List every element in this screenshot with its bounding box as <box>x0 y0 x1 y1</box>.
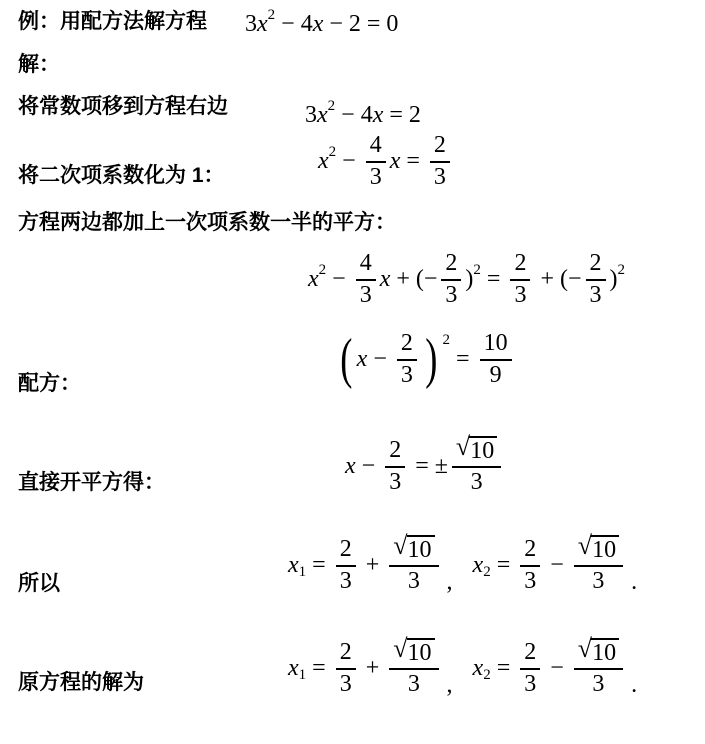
math-text: 2 <box>340 536 352 562</box>
fraction-numerator: 2 <box>336 536 356 566</box>
radicand: 10 <box>591 638 619 666</box>
math-variable: x <box>390 148 401 174</box>
math-text: 10 <box>592 640 616 666</box>
label-solve: 解： <box>18 52 60 78</box>
equation-squared: (x − 23)2 = 109 <box>337 330 516 388</box>
math-fraction: √103 <box>452 436 501 496</box>
equation-roots-1: x1 = 23 + √103, x2 = 23 − √103. <box>288 536 651 594</box>
radicand: 10 <box>591 535 619 563</box>
math-fraction: 23 <box>385 437 405 495</box>
math-fraction: 23 <box>520 639 540 697</box>
math-text: 3 <box>370 164 382 190</box>
fraction-numerator: 2 <box>441 250 461 280</box>
math-text: ) <box>610 266 618 292</box>
math-text: 10 <box>592 537 616 563</box>
math-punctuation: , <box>447 672 453 698</box>
equation-added: x2 − 43x + (−23)2 = 23 + (−23)2 <box>308 253 625 305</box>
math-text: − <box>367 346 393 372</box>
math-text: − 2 = 0 <box>323 11 398 37</box>
math-variable: x <box>317 102 328 128</box>
equation-sqrted: x − 23 = ±√103 <box>345 437 505 495</box>
fraction-numerator: 4 <box>356 250 376 280</box>
math-text: 4 <box>360 250 372 276</box>
math-text: 10 <box>408 640 432 666</box>
math-text: 3 <box>471 469 483 495</box>
math-variable: x <box>373 102 384 128</box>
math-subscript: 1 <box>299 667 307 684</box>
math-text: 2 <box>514 250 526 276</box>
fraction-denominator: 3 <box>340 567 352 594</box>
math-text: 3 <box>592 568 604 594</box>
math-fraction: √103 <box>389 638 438 698</box>
math-text: 10 <box>408 537 432 563</box>
radicand: 10 <box>469 436 497 464</box>
math-text: 2 <box>401 330 413 356</box>
math-text: 3 <box>524 671 536 697</box>
equation-roots-2: x1 = 23 + √103, x2 = 23 − √103. <box>288 639 651 697</box>
math-text: 3 <box>592 671 604 697</box>
math-variable: x <box>357 346 368 372</box>
radical-sign-icon: √ <box>393 534 407 558</box>
math-text: 10 <box>484 330 508 356</box>
fraction-denominator: 3 <box>434 163 446 190</box>
fraction-numerator: √10 <box>452 436 501 468</box>
math-fraction: 23 <box>336 536 356 594</box>
math-text: = <box>306 552 332 578</box>
fraction-denominator: 3 <box>370 163 382 190</box>
label-add-half-square: 方程两边都加上一次项系数一半的平方： <box>18 210 396 236</box>
math-sqrt-radical: √10 <box>578 535 619 563</box>
equation-moved: 3x2 − 4x = 2 <box>305 95 421 135</box>
math-parenthesized-group: (x − 23)2 <box>337 330 450 388</box>
math-text: = <box>491 552 517 578</box>
math-text: 10 <box>470 438 494 464</box>
math-text: 3 <box>340 568 352 594</box>
math-superscript: 2 <box>618 262 626 279</box>
math-text: + (− <box>534 266 581 292</box>
math-text: = ± <box>409 453 448 479</box>
radical-sign-icon: √ <box>393 637 407 661</box>
math-variable: x <box>345 453 356 479</box>
fraction-numerator: 2 <box>586 250 606 280</box>
math-text: = <box>450 346 476 372</box>
fraction-numerator: 2 <box>520 536 540 566</box>
left-paren-icon: ( <box>340 333 352 385</box>
math-variable: x <box>313 11 324 37</box>
radicand: 10 <box>407 638 435 666</box>
radicand: 10 <box>407 535 435 563</box>
fraction-numerator: √10 <box>574 638 623 670</box>
fraction-denominator: 3 <box>445 281 457 308</box>
math-variable: x <box>473 655 484 681</box>
label-complete-square: 配方： <box>18 371 81 397</box>
fraction-numerator: 2 <box>430 132 450 162</box>
math-text: = <box>306 655 332 681</box>
math-fraction: √103 <box>389 535 438 595</box>
fraction-numerator: 2 <box>397 330 417 360</box>
fraction-denominator: 3 <box>524 567 536 594</box>
math-text: 3 <box>590 282 602 308</box>
math-text: 2 <box>590 250 602 276</box>
math-fraction: 43 <box>356 250 376 308</box>
math-text: − <box>336 148 362 174</box>
fraction-numerator: √10 <box>574 535 623 567</box>
fraction-denominator: 3 <box>340 670 352 697</box>
math-text: ) <box>465 266 473 292</box>
math-punctuation: , <box>447 569 453 595</box>
math-text: 3 <box>305 102 317 128</box>
label-example: 例：用配方法解方程 <box>18 9 207 35</box>
fraction-denominator: 3 <box>408 567 420 594</box>
radical-sign-icon: √ <box>578 534 592 558</box>
math-sqrt-radical: √10 <box>393 535 434 563</box>
label-move-constant: 将常数项移到方程右边 <box>18 94 228 120</box>
math-superscript: 2 <box>319 262 327 279</box>
math-variable: x <box>288 655 299 681</box>
math-text: 2 <box>340 639 352 665</box>
radical-sign-icon: √ <box>578 637 592 661</box>
equation-normalized: x2 − 43x = 23 <box>318 136 454 186</box>
fraction-numerator: 2 <box>336 639 356 669</box>
paren-content: x − 23 <box>357 330 421 388</box>
math-superscript: 2 <box>473 262 481 279</box>
math-superscript: 2 <box>268 7 276 24</box>
math-text: 2 <box>434 132 446 158</box>
math-text: 2 <box>524 639 536 665</box>
math-fraction: 23 <box>430 132 450 190</box>
math-variable: x <box>473 552 484 578</box>
math-fraction: 23 <box>441 250 461 308</box>
label-normalize: 将二次项系数化为 1： <box>18 163 225 189</box>
math-text: − 4 <box>335 102 373 128</box>
math-text: 3 <box>524 568 536 594</box>
math-sqrt-radical: √10 <box>393 638 434 666</box>
math-text: − <box>356 453 382 479</box>
math-text: = <box>481 266 507 292</box>
radical-sign-icon: √ <box>456 435 470 459</box>
math-text: 3 <box>340 671 352 697</box>
math-text: 9 <box>490 362 502 388</box>
math-superscript: 2 <box>328 98 336 115</box>
math-text: + <box>360 552 386 578</box>
fraction-denominator: 9 <box>490 361 502 388</box>
math-subscript: 2 <box>483 667 491 684</box>
fraction-numerator: 10 <box>480 330 512 360</box>
math-variable: x <box>257 11 268 37</box>
math-text: + <box>360 655 386 681</box>
math-text: 3 <box>389 469 401 495</box>
math-punctuation: . <box>631 672 637 698</box>
fraction-denominator: 3 <box>592 567 604 594</box>
math-variable: x <box>308 266 319 292</box>
fraction-denominator: 3 <box>514 281 526 308</box>
right-paren-icon: ) <box>425 333 437 385</box>
math-fraction: 23 <box>336 639 356 697</box>
fraction-numerator: 4 <box>366 132 386 162</box>
math-fraction: 23 <box>397 330 417 388</box>
fraction-denominator: 3 <box>401 361 413 388</box>
math-fraction: √103 <box>574 638 623 698</box>
math-text: = <box>400 148 426 174</box>
fraction-denominator: 3 <box>408 670 420 697</box>
math-text: − 4 <box>275 11 313 37</box>
document-page: 例：用配方法解方程 3x2 − 4x − 2 = 0 解： 将常数项移到方程右边… <box>0 0 705 744</box>
math-fraction: 43 <box>366 132 386 190</box>
fraction-numerator: √10 <box>389 535 438 567</box>
math-variable: x <box>380 266 391 292</box>
math-punctuation: . <box>631 569 637 595</box>
fraction-numerator: 2 <box>520 639 540 669</box>
label-therefore: 所以 <box>18 571 60 597</box>
math-text: 3 <box>408 671 420 697</box>
fraction-denominator: 3 <box>389 468 401 495</box>
math-text: = 2 <box>383 102 421 128</box>
math-sqrt-radical: √10 <box>578 638 619 666</box>
math-fraction: 23 <box>510 250 530 308</box>
fraction-numerator: √10 <box>389 638 438 670</box>
math-subscript: 2 <box>483 564 491 581</box>
math-text: 2 <box>445 250 457 276</box>
math-fraction: 109 <box>480 330 512 388</box>
math-text: 2 <box>389 437 401 463</box>
math-text: 2 <box>524 536 536 562</box>
math-text: 3 <box>514 282 526 308</box>
math-superscript: 2 <box>443 332 451 349</box>
math-text: 3 <box>401 362 413 388</box>
math-variable: x <box>318 148 329 174</box>
math-text: − <box>544 655 570 681</box>
equation-original: 3x2 − 4x − 2 = 0 <box>245 6 398 42</box>
math-text: 3 <box>245 11 257 37</box>
fraction-denominator: 3 <box>524 670 536 697</box>
math-text: − <box>326 266 352 292</box>
math-text: 3 <box>445 282 457 308</box>
label-take-sqrt: 直接开平方得： <box>18 470 165 496</box>
math-fraction: 23 <box>586 250 606 308</box>
fraction-numerator: 2 <box>385 437 405 467</box>
fraction-denominator: 3 <box>590 281 602 308</box>
math-text: = <box>491 655 517 681</box>
math-text: − <box>544 552 570 578</box>
fraction-denominator: 3 <box>471 468 483 495</box>
math-text: + (− <box>390 266 437 292</box>
math-sqrt-radical: √10 <box>456 436 497 464</box>
math-text: 3 <box>408 568 420 594</box>
math-text: 3 <box>434 164 446 190</box>
fraction-denominator: 3 <box>592 670 604 697</box>
math-variable: x <box>288 552 299 578</box>
label-solution: 原方程的解为 <box>18 670 144 696</box>
math-fraction: 23 <box>520 536 540 594</box>
math-superscript: 2 <box>329 144 337 161</box>
math-text: 3 <box>360 282 372 308</box>
fraction-denominator: 3 <box>360 281 372 308</box>
math-fraction: √103 <box>574 535 623 595</box>
fraction-numerator: 2 <box>510 250 530 280</box>
math-subscript: 1 <box>299 564 307 581</box>
math-text: 4 <box>370 132 382 158</box>
